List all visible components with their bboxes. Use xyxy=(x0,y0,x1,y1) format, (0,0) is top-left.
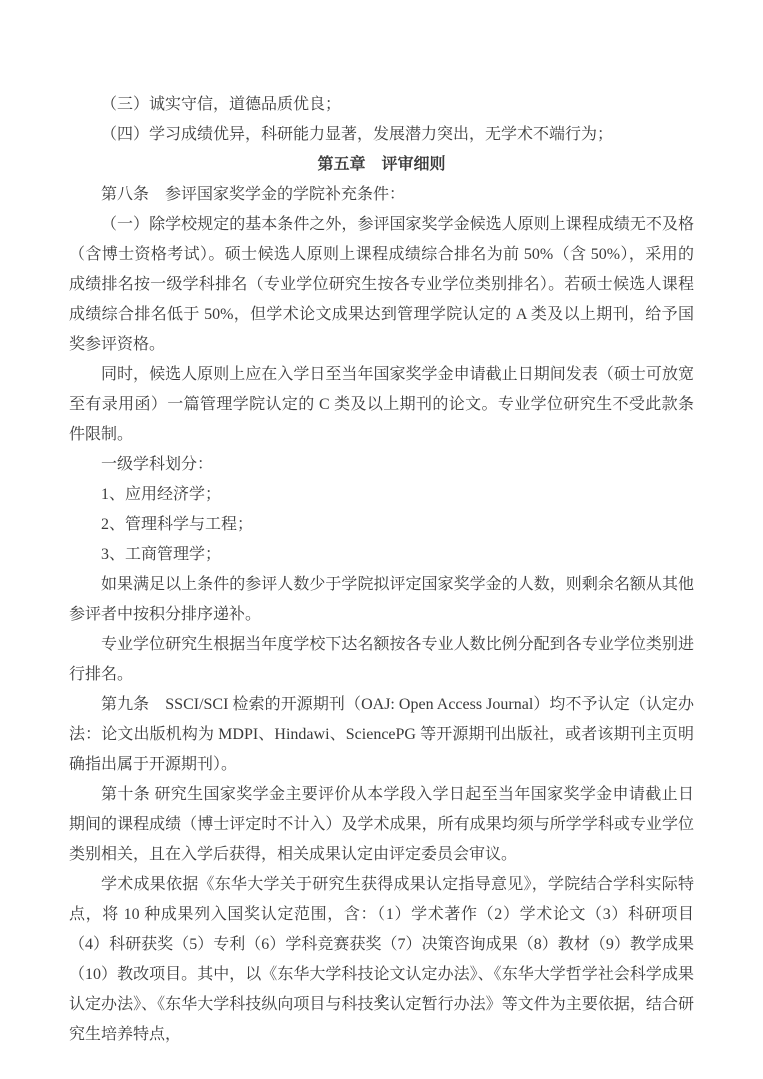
list-item: （四）学习成绩优异，科研能力显著，发展潜力突出，无学术不端行为； xyxy=(69,120,694,150)
numbered-item: 2、管理科学与工程； xyxy=(69,510,694,540)
list-item: （三）诚实守信，道德品质优良； xyxy=(69,90,694,120)
page-number: 2 xyxy=(0,990,763,1008)
document-body: （三）诚实守信，道德品质优良； （四）学习成绩优异，科研能力显著，发展潜力突出，… xyxy=(69,90,694,1050)
paragraph: （一）除学校规定的基本条件之外，参评国家奖学金候选人原则上课程成绩无不及格（含博… xyxy=(69,210,694,360)
paragraph: 专业学位研究生根据当年度学校下达名额按各专业人数比例分配到各专业学位类别进行排名… xyxy=(69,630,694,690)
article-clause: 第九条 SSCI/SCI 检索的开源期刊（OAJ: Open Access Jo… xyxy=(69,690,694,780)
paragraph: 同时，候选人原则上应在入学日至当年国家奖学金申请截止日期间发表（硕士可放宽至有录… xyxy=(69,360,694,450)
paragraph: 学术成果依据《东华大学关于研究生获得成果认定指导意见》，学院结合学科实际特点，将… xyxy=(69,870,694,1050)
article-clause: 第八条 参评国家奖学金的学院补充条件： xyxy=(69,180,694,210)
chapter-heading: 第五章 评审细则 xyxy=(69,150,694,180)
article-clause: 第十条 研究生国家奖学金主要评价从本学段入学日起至当年国家奖学金申请截止日期间的… xyxy=(69,780,694,870)
paragraph: 一级学科划分： xyxy=(69,450,694,480)
numbered-item: 1、应用经济学； xyxy=(69,480,694,510)
paragraph: 如果满足以上条件的参评人数少于学院拟评定国家奖学金的人数，则剩余名额从其他参评者… xyxy=(69,570,694,630)
document-page: （三）诚实守信，道德品质优良； （四）学习成绩优异，科研能力显著，发展潜力突出，… xyxy=(0,0,763,1079)
numbered-item: 3、工商管理学； xyxy=(69,540,694,570)
